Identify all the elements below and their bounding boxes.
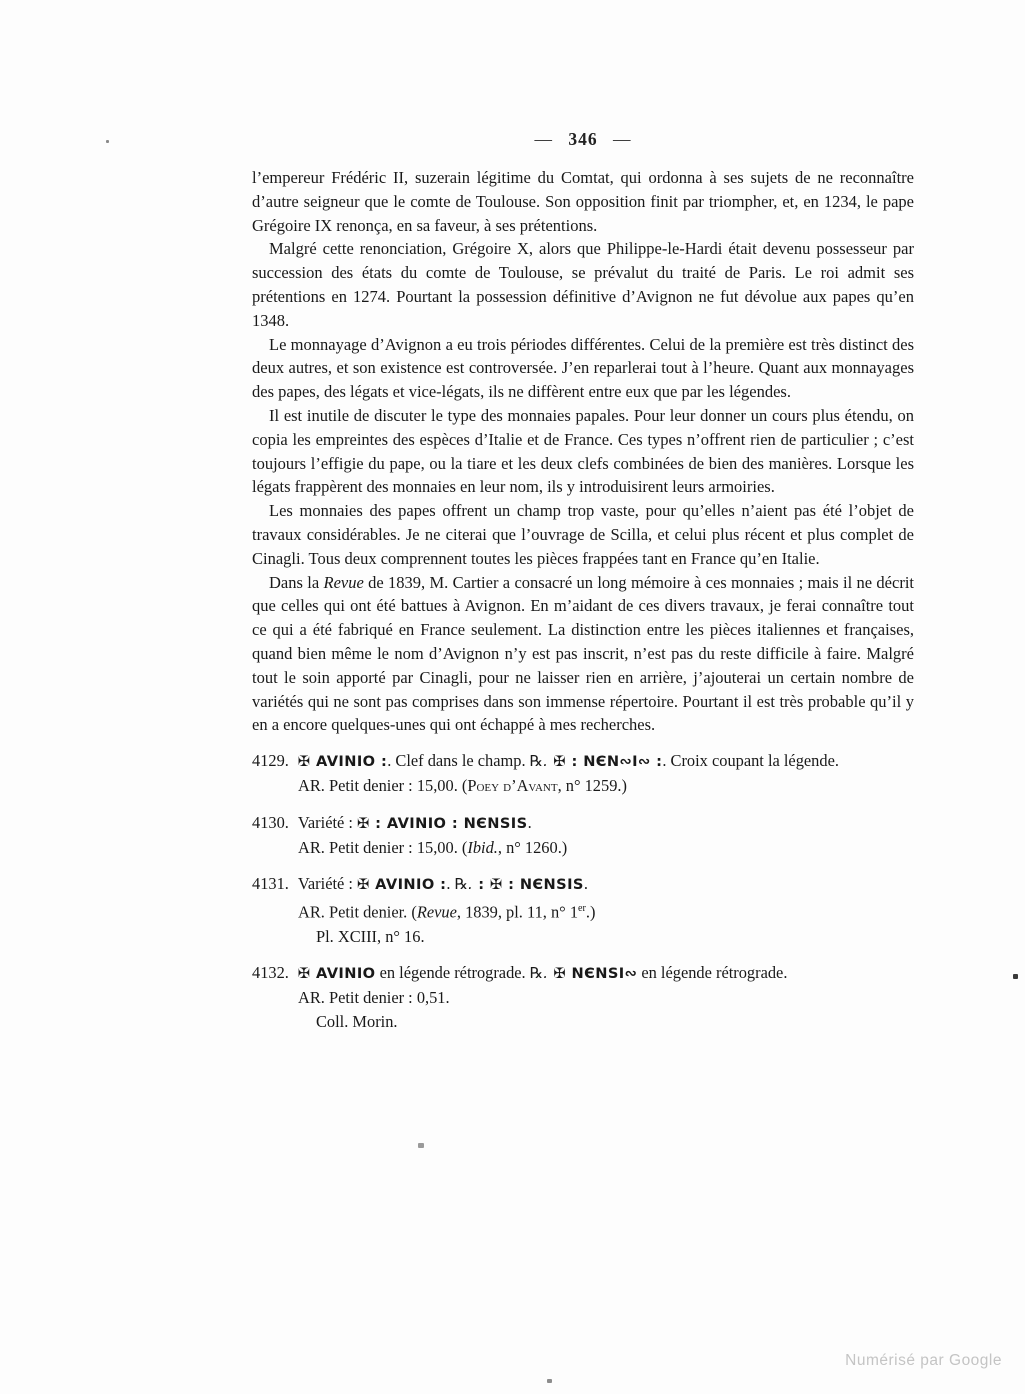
entry-4131-ordinal-sup: er	[578, 903, 586, 914]
entry-4130-legend: ✠ : AVINIO : NЄNSIS	[357, 815, 528, 832]
google-digitization-watermark: Numérisé par Google	[845, 1352, 1002, 1370]
scan-speck	[1013, 974, 1018, 979]
page-number-header: — 346 —	[252, 0, 914, 150]
paragraph-6: Dans la Revue de 1839, M. Cartier a cons…	[252, 571, 914, 738]
entry-4131-metal-line: AR. Petit denier. (Revue, 1839, pl. 11, …	[252, 897, 914, 925]
entry-4130-period: .	[528, 813, 532, 832]
entry-4129-head: 4129.✠ AVINIO :. Clef dans le champ. ℞. …	[252, 749, 914, 774]
entry-4129-ar-pre: AR. Petit denier : 15,00. (	[298, 776, 467, 795]
entry-4132: 4132.✠ AVINIO en légende rétrograde. ℞. …	[252, 961, 914, 1035]
paragraph-2: Malgré cette renonciation, Grégoire X, a…	[252, 237, 914, 332]
page-number: 346	[558, 129, 607, 149]
entry-4129-number: 4129.	[252, 751, 289, 770]
entry-4130-variety-label: Variété :	[298, 813, 357, 832]
catalog-entries: 4129.✠ AVINIO :. Clef dans le champ. ℞. …	[252, 749, 914, 1035]
entry-4130-ar-post: , n° 1260.)	[498, 838, 567, 857]
entry-4131-variety-label: Variété :	[298, 874, 357, 893]
entry-4129-obverse-desc: . Clef dans le champ.	[387, 751, 529, 770]
entry-4129-reverse-legend: ✠ : NЄN∾I∾ :	[548, 753, 662, 770]
body-text: l’empereur Frédéric II, suzerain légitim…	[252, 166, 914, 737]
header-dash-left: —	[535, 129, 554, 149]
entry-4130-ar-pre: AR. Petit denier : 15,00. (	[298, 838, 467, 857]
entry-4131-number: 4131.	[252, 874, 289, 893]
entry-4131-revue-italic: Revue	[417, 903, 457, 922]
reverse-mark-icon: ℞.	[455, 875, 473, 893]
entry-4130-head: 4130.Variété : ✠ : AVINIO : NЄNSIS.	[252, 811, 914, 836]
entry-4132-reverse-legend: ✠ NЄNSI∾	[548, 965, 637, 982]
paragraph-6-pre: Dans la	[269, 573, 324, 592]
entry-4129-reverse-desc: . Croix coupant la légende.	[662, 751, 839, 770]
scanned-page: — 346 — l’empereur Frédéric II, suzerain…	[0, 0, 1025, 1394]
entry-4130: 4130.Variété : ✠ : AVINIO : NЄNSIS. AR. …	[252, 811, 914, 860]
paragraph-5: Les monnaies des papes offrent un champ …	[252, 499, 914, 570]
paragraph-6-post: de 1839, M. Cartier a consacré un long m…	[252, 573, 914, 735]
entry-4129-reference-author: Poey d’Avant	[467, 776, 557, 795]
entry-4132-obverse-desc: en légende rétrograde.	[375, 963, 529, 982]
entry-4129: 4129.✠ AVINIO :. Clef dans le champ. ℞. …	[252, 749, 914, 798]
entry-4132-head: 4132.✠ AVINIO en légende rétrograde. ℞. …	[252, 961, 914, 986]
entry-4129-ar-post: , n° 1259.)	[558, 776, 627, 795]
entry-4131-head: 4131.Variété : ✠ AVINIO :. ℞. : ✠ : NЄNS…	[252, 872, 914, 897]
entry-4131-ar-mid: , 1839, pl. 11, n° 1	[457, 903, 578, 922]
paragraph-1: l’empereur Frédéric II, suzerain légitim…	[252, 166, 914, 237]
paragraph-3: Le monnayage d’Avignon a eu trois périod…	[252, 333, 914, 404]
entry-4130-metal-line: AR. Petit denier : 15,00. (Ibid., n° 126…	[252, 836, 914, 860]
scan-speck	[418, 1143, 424, 1148]
scan-speck	[106, 140, 109, 143]
entry-4132-collection-ref: Coll. Morin.	[252, 1010, 914, 1034]
text-column: — 346 — l’empereur Frédéric II, suzerain…	[252, 0, 914, 1035]
entry-4132-metal-line: AR. Petit denier : 0,51.	[252, 986, 914, 1010]
entry-4132-number: 4132.	[252, 963, 289, 982]
entry-4131-reverse-legend: : ✠ : NЄNSIS	[473, 876, 584, 893]
paragraph-6-revue-italic: Revue	[324, 573, 364, 592]
paragraph-4: Il est inutile de discuter le type des m…	[252, 404, 914, 499]
entry-4129-obverse-legend: ✠ AVINIO :	[298, 753, 387, 770]
entry-4132-obverse-legend: ✠ AVINIO	[298, 965, 376, 982]
entry-4129-metal-line: AR. Petit denier : 15,00. (Poey d’Avant,…	[252, 774, 914, 798]
entry-4131-plate-ref: Pl. XCIII, n° 16.	[252, 925, 914, 949]
entry-4131: 4131.Variété : ✠ AVINIO :. ℞. : ✠ : NЄNS…	[252, 872, 914, 949]
entry-4132-reverse-desc: en légende rétrograde.	[637, 963, 787, 982]
reverse-mark-icon: ℞.	[530, 752, 548, 770]
entry-4131-obverse-legend: ✠ AVINIO :	[357, 876, 446, 893]
entry-4131-ar-post: .)	[586, 903, 596, 922]
header-dash-right: —	[613, 129, 632, 149]
reverse-mark-icon: ℞.	[530, 964, 548, 982]
entry-4131-ar-pre: AR. Petit denier. (	[298, 903, 417, 922]
entry-4131-sep: .	[446, 874, 454, 893]
entry-4131-period: .	[584, 874, 588, 893]
entry-4130-number: 4130.	[252, 813, 289, 832]
entry-4130-ibid-italic: Ibid.	[467, 838, 498, 857]
scan-speck	[547, 1379, 552, 1383]
